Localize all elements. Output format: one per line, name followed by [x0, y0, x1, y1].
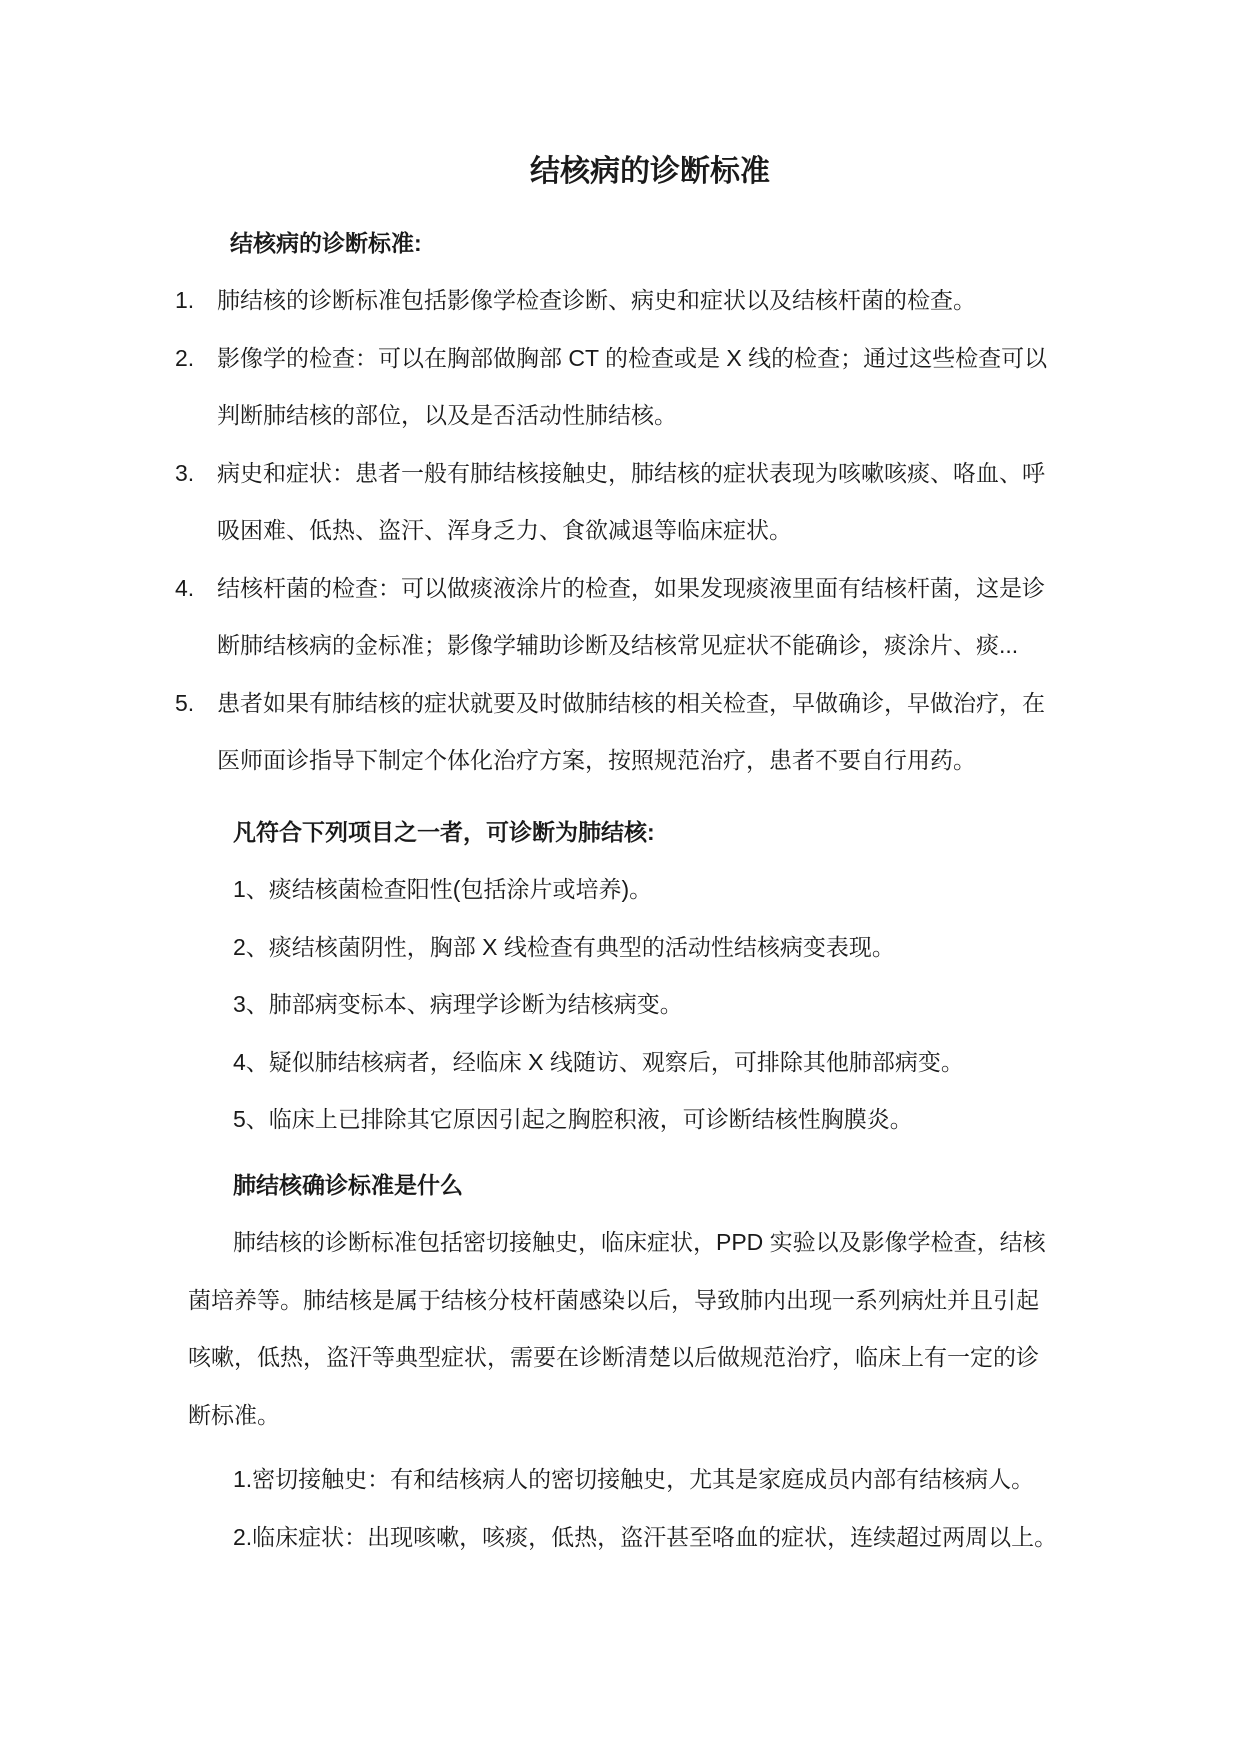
- note-item-2: 2.临床症状：出现咳嗽，咳痰，低热，盗汗甚至咯血的症状，连续超过两周以上。: [0, 1509, 1240, 1567]
- document-page: 结核病的诊断标准 结核病的诊断标准: 1.肺结核的诊断标准包括影像学检查诊断、病…: [0, 0, 1240, 1753]
- criteria-item-5: 5、临床上已排除其它原因引起之胸腔积液，可诊断结核性胸膜炎。: [0, 1091, 1240, 1149]
- paragraph-line-1: 肺结核的诊断标准包括密切接触史，临床症状，PPD 实验以及影像学检查，结核: [0, 1214, 1240, 1272]
- list-text: 肺结核的诊断标准包括影像学检查诊断、病史和症状以及结核杆菌的检查。: [217, 287, 976, 313]
- list-number: 4.: [175, 560, 217, 618]
- main-list-item-2-continuation: 判断肺结核的部位，以及是否活动性肺结核。: [0, 387, 1240, 445]
- criteria-item-3: 3、肺部病变标本、病理学诊断为结核病变。: [0, 976, 1240, 1034]
- paragraph-line-3: 咳嗽，低热，盗汗等典型症状，需要在诊断清楚以后做规范治疗，临床上有一定的诊: [0, 1329, 1240, 1387]
- document-title: 结核病的诊断标准: [160, 143, 1140, 201]
- main-list-item-3-continuation: 吸困难、低热、盗汗、浑身乏力、食欲减退等临床症状。: [0, 502, 1240, 560]
- criteria-item-4: 4、疑似肺结核病者，经临床 X 线随访、观察后，可排除其他肺部病变。: [0, 1034, 1240, 1092]
- main-list-item-1: 1.肺结核的诊断标准包括影像学检查诊断、病史和症状以及结核杆菌的检查。: [0, 272, 1240, 330]
- list-text: 患者如果有肺结核的症状就要及时做肺结核的相关检查，早做确诊，早做治疗，在: [217, 690, 1045, 716]
- paragraph-line-2: 菌培养等。肺结核是属于结核分枝杆菌感染以后，导致肺内出现一系列病灶并且引起: [0, 1272, 1240, 1330]
- criteria-item-2: 2、痰结核菌阴性，胸部 X 线检查有典型的活动性结核病变表现。: [0, 919, 1240, 977]
- note-item-1: 1.密切接触史：有和结核病人的密切接触史，尤其是家庭成员内部有结核病人。: [0, 1451, 1240, 1509]
- main-list-item-4-continuation: 断肺结核病的金标准；影像学辅助诊断及结核常见症状不能确诊，痰涂片、痰...: [0, 617, 1240, 675]
- list-number: 3.: [175, 445, 217, 503]
- main-list-item-5: 5.患者如果有肺结核的症状就要及时做肺结核的相关检查，早做确诊，早做治疗，在: [0, 675, 1240, 733]
- list-text: 病史和症状：患者一般有肺结核接触史，肺结核的症状表现为咳嗽咳痰、咯血、呼: [217, 460, 1045, 486]
- main-list-item-5-continuation: 医师面诊指导下制定个体化治疗方案，按照规范治疗，患者不要自行用药。: [0, 732, 1240, 790]
- section-heading-confirm-standard: 肺结核确诊标准是什么: [0, 1157, 1240, 1215]
- list-text: 影像学的检查：可以在胸部做胸部 CT 的检查或是 X 线的检查；通过这些检查可以: [217, 345, 1047, 371]
- main-list-item-2: 2.影像学的检查：可以在胸部做胸部 CT 的检查或是 X 线的检查；通过这些检查…: [0, 330, 1240, 388]
- main-list-item-3: 3.病史和症状：患者一般有肺结核接触史，肺结核的症状表现为咳嗽咳痰、咯血、呼: [0, 445, 1240, 503]
- section-heading-criteria: 凡符合下列项目之一者，可诊断为肺结核:: [0, 804, 1240, 862]
- list-number: 5.: [175, 675, 217, 733]
- list-number: 1.: [175, 272, 217, 330]
- section-heading-diagnosis-criteria: 结核病的诊断标准:: [0, 215, 1240, 273]
- paragraph-line-4: 断标准。: [0, 1387, 1240, 1445]
- criteria-item-1: 1、痰结核菌检查阳性(包括涂片或培养)。: [0, 861, 1240, 919]
- main-list-item-4: 4.结核杆菌的检查：可以做痰液涂片的检查，如果发现痰液里面有结核杆菌，这是诊: [0, 560, 1240, 618]
- list-text: 结核杆菌的检查：可以做痰液涂片的检查，如果发现痰液里面有结核杆菌，这是诊: [217, 575, 1045, 601]
- list-number: 2.: [175, 330, 217, 388]
